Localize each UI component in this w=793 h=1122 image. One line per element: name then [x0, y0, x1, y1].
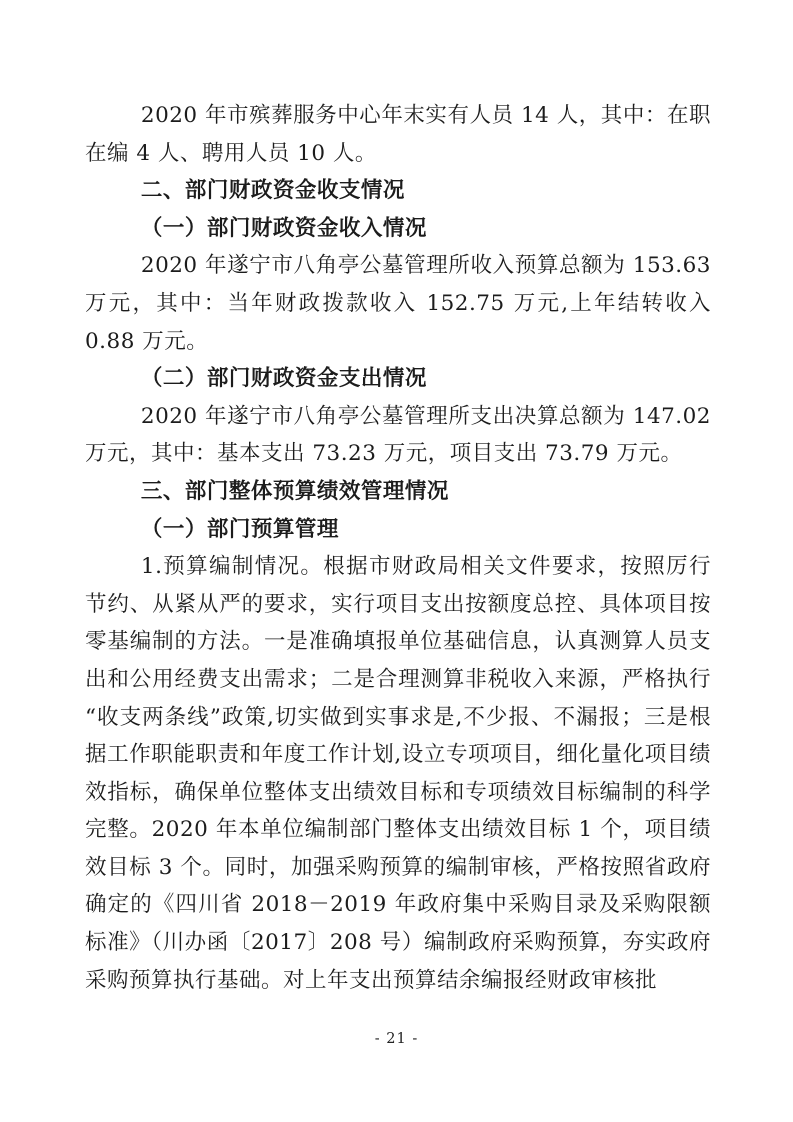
section-heading: 二、部门财政资金收支情况 — [85, 172, 711, 210]
document-page: 2020 年市殡葬服务中心年末实有人员 14 人，其中：在职在编 4 人、聘用人… — [0, 0, 793, 1122]
section-heading: （一）部门预算管理 — [85, 511, 711, 549]
page-number: - 21 - — [0, 1031, 793, 1047]
document-body: 2020 年市殡葬服务中心年末实有人员 14 人，其中：在职在编 4 人、聘用人… — [85, 97, 711, 999]
body-paragraph: 2020 年市殡葬服务中心年末实有人员 14 人，其中：在职在编 4 人、聘用人… — [85, 97, 711, 172]
section-heading: （二）部门财政资金支出情况 — [85, 360, 711, 398]
body-paragraph: 2020 年遂宁市八角亭公墓管理所收入预算总额为 153.63 万元，其中：当年… — [85, 247, 711, 360]
section-heading: （一）部门财政资金收入情况 — [85, 210, 711, 248]
body-paragraph: 1.预算编制情况。根据市财政局相关文件要求，按照厉行节约、从紧从严的要求，实行项… — [85, 548, 711, 999]
body-paragraph: 2020 年遂宁市八角亭公墓管理所支出决算总额为 147.02 万元，其中：基本… — [85, 398, 711, 473]
section-heading: 三、部门整体预算绩效管理情况 — [85, 473, 711, 511]
